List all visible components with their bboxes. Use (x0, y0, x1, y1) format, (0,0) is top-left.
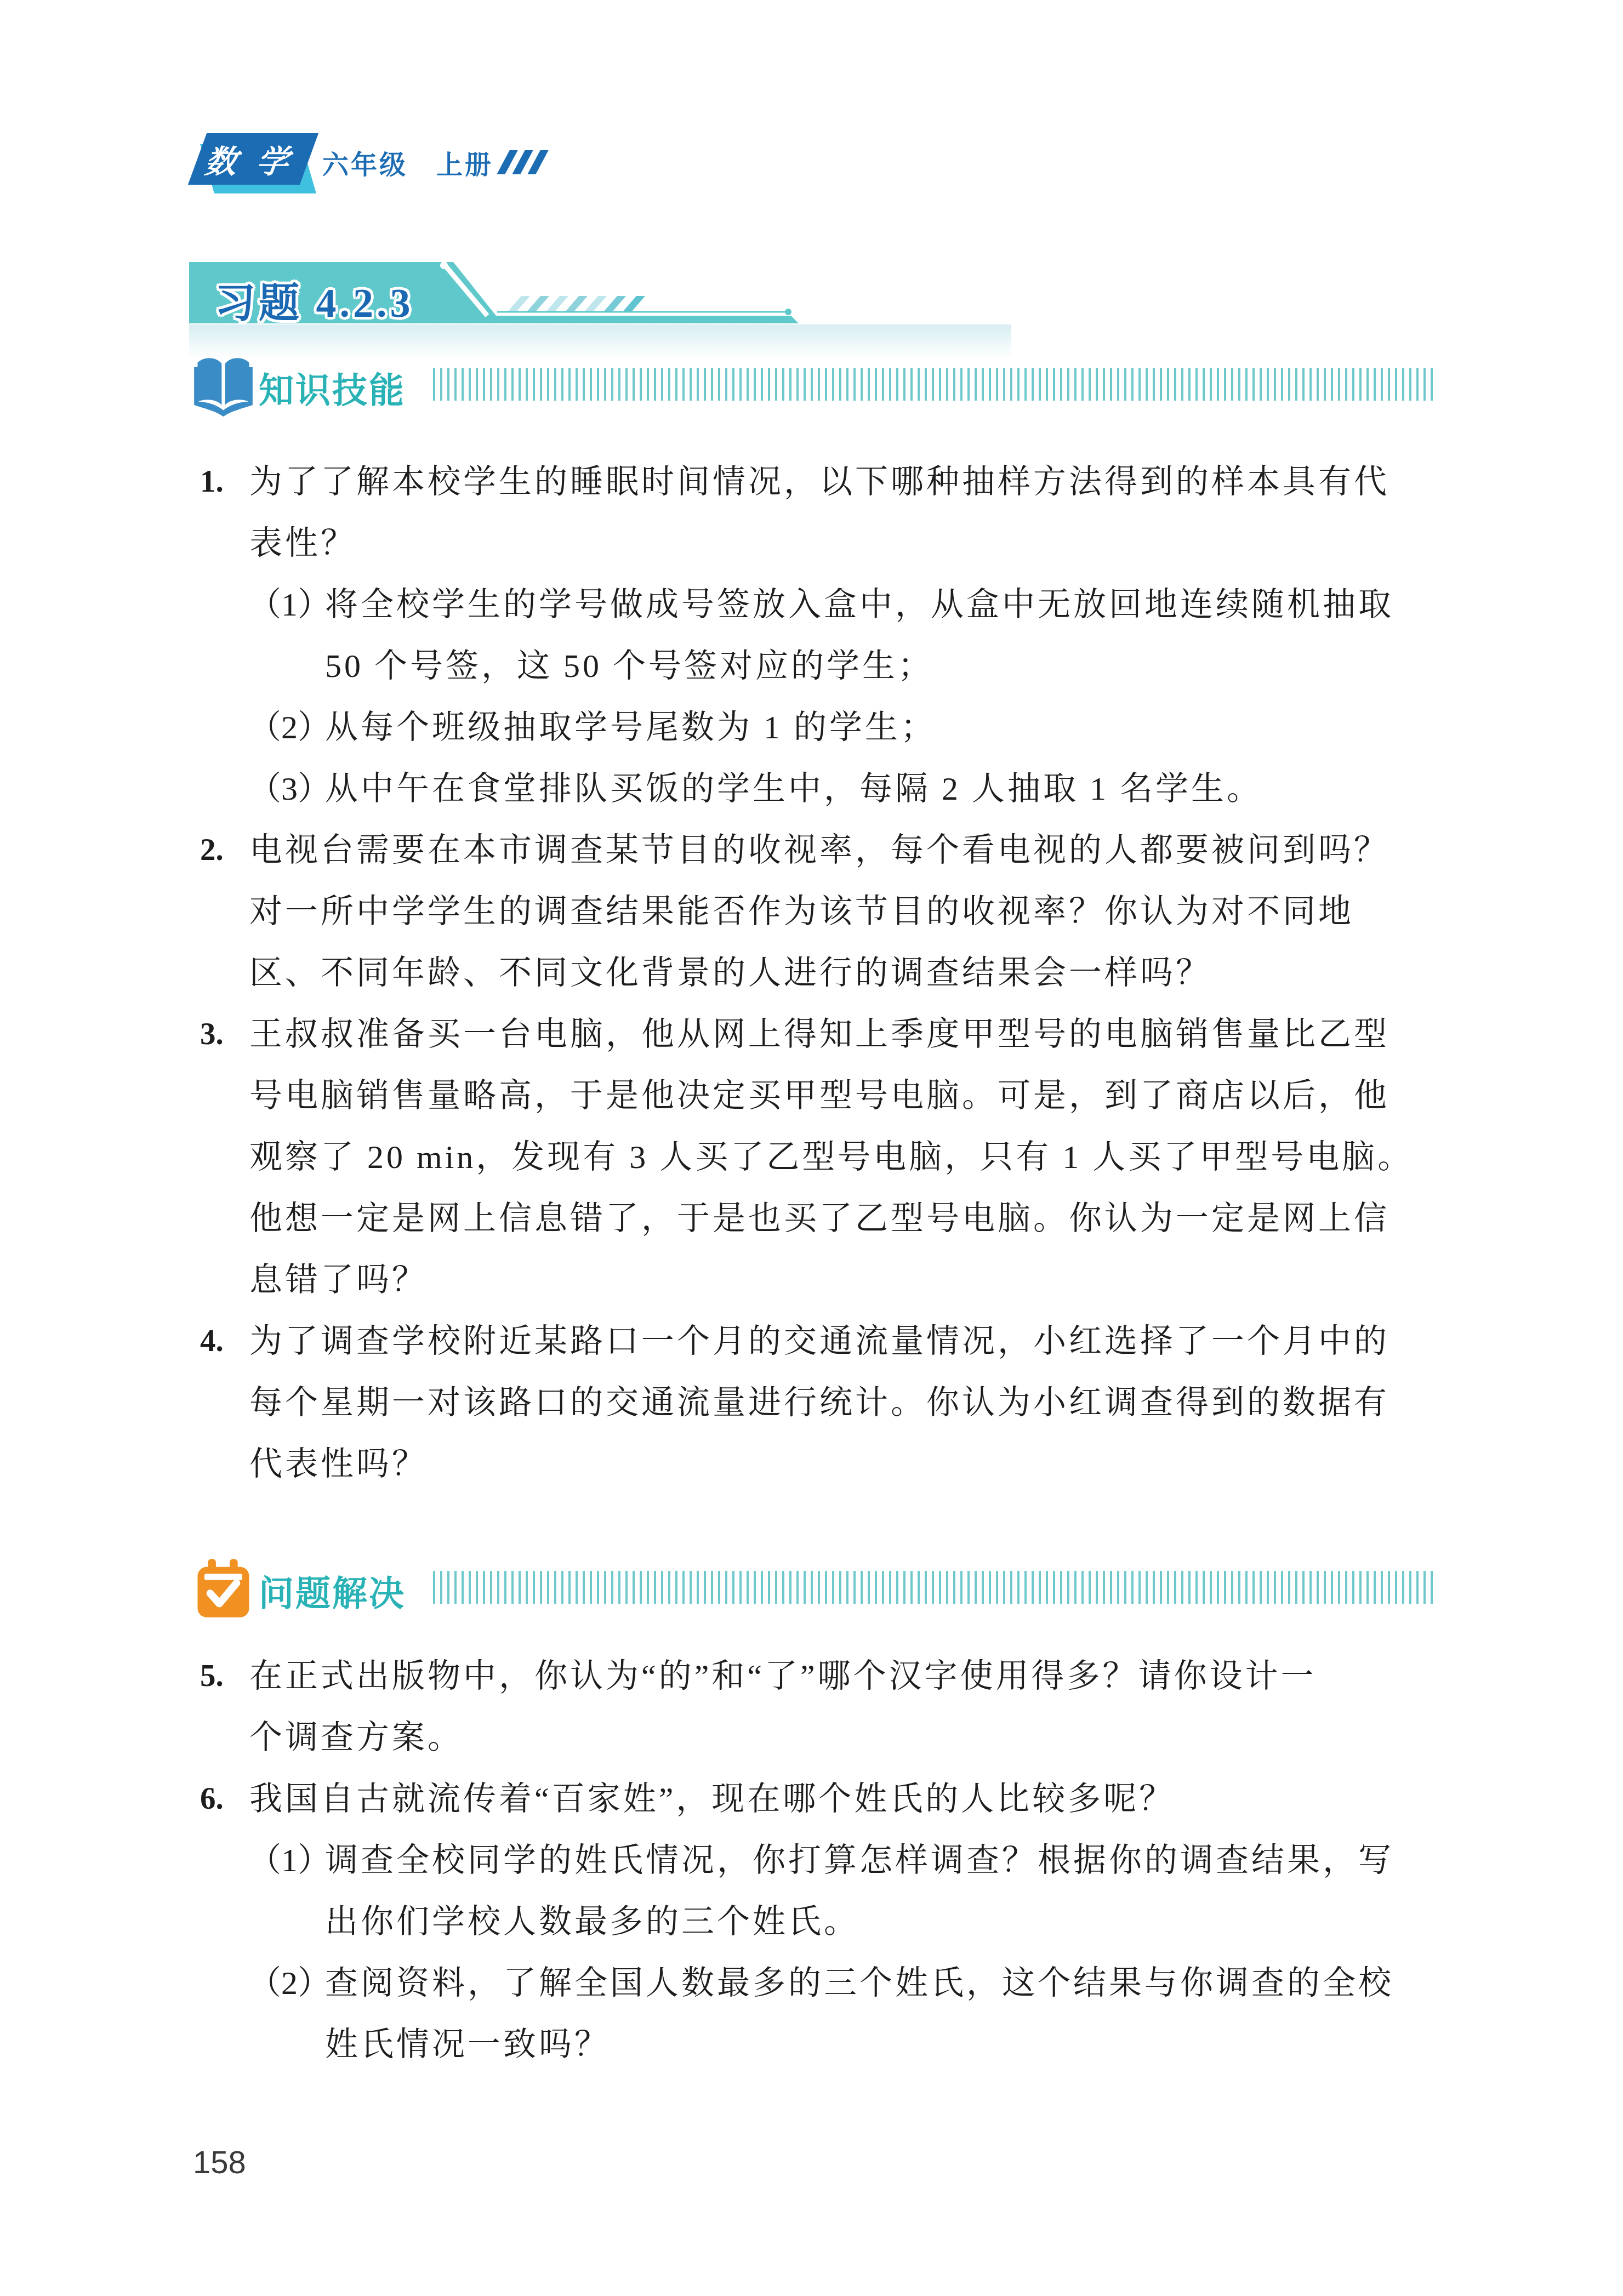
line-text: 为了了解本校学生的睡眠时间情况，以下哪种抽样方法得到的样本具有代 (249, 464, 1389, 500)
text-line: 号电脑销售量略高，于是他决定买甲型号电脑。可是，到了商店以后，他 (200, 1065, 1455, 1126)
exercise-title: 习题 4.2.3 (215, 271, 414, 329)
line-text: 出你们学校人数最多的三个姓氏。 (325, 1904, 859, 1940)
section-title: 问题解决 (259, 1565, 406, 1616)
text-line: （1）将全校学生的学号做成号签放入盒中，从盒中无放回地连续随机抽取 (200, 574, 1455, 635)
item-marker: （2） (248, 1952, 331, 2014)
text-line: 5.在正式出版物中，你认为“的”和“了”哪个汉字使用得多？请你设计一 (200, 1645, 1455, 1707)
logo-parallelogram: 数 学 (188, 133, 318, 185)
logo-text: 数 学 (201, 136, 306, 182)
line-text: 在正式出版物中，你认为“的”和“了”哪个汉字使用得多？请你设计一 (249, 1658, 1317, 1694)
text-line: 息错了吗？ (200, 1249, 1455, 1311)
text-line: （3）从中午在食堂排队买饭的学生中，每隔 2 人抽取 1 名学生。 (200, 758, 1455, 819)
math-logo: 数 学 (193, 133, 319, 199)
item-marker: 6. (200, 1768, 224, 1830)
item-marker: （3） (248, 758, 331, 819)
line-text: 姓氏情况一致吗？ (325, 2026, 610, 2063)
line-text: 从中午在食堂排队买饭的学生中，每隔 2 人抽取 1 名学生。 (325, 771, 1262, 807)
text-line: 观察了 20 min，发现有 3 人买了乙型号电脑，只有 1 人买了甲型号电脑。 (200, 1126, 1455, 1188)
text-line: （2）从每个班级抽取学号尾数为 1 的学生； (200, 697, 1455, 758)
edition-label: 六年级 上册 (322, 144, 493, 181)
text-line: 1.为了了解本校学生的睡眠时间情况，以下哪种抽样方法得到的样本具有代 (200, 451, 1455, 512)
problem-questions: 5.在正式出版物中，你认为“的”和“了”哪个汉字使用得多？请你设计一个调查方案。… (200, 1645, 1455, 2075)
text-line: 姓氏情况一致吗？ (200, 2014, 1455, 2075)
item-marker: 1. (200, 451, 224, 512)
line-text: 50 个号签，这 50 个号签对应的学生； (325, 648, 933, 684)
item-marker: （1） (248, 1830, 331, 1891)
section-title: 知识技能 (259, 362, 406, 413)
banner-stripes-icon (507, 296, 645, 312)
text-line: 每个星期一对该路口的交通流量进行统计。你认为小红调查得到的数据有 (200, 1372, 1455, 1433)
text-line: 6.我国自古就流传着“百家姓”，现在哪个姓氏的人比较多呢？ (200, 1768, 1455, 1830)
text-line: 3.王叔叔准备买一台电脑，他从网上得知上季度甲型号的电脑销售量比乙型 (200, 1004, 1455, 1065)
line-text: 我国自古就流传着“百家姓”，现在哪个姓氏的人比较多呢？ (249, 1781, 1175, 1817)
section-header-knowledge: 知识技能 (192, 354, 1437, 425)
line-text: 电视台需要在本市调查某节目的收视率，每个看电视的人都要被问到吗？ (249, 832, 1389, 868)
line-text: 每个星期一对该路口的交通流量进行统计。你认为小红调查得到的数据有 (249, 1385, 1389, 1421)
line-text: 查阅资料，了解全国人数最多的三个姓氏，这个结果与你调查的全校 (325, 1965, 1394, 2001)
page-number: 158 (193, 2144, 246, 2181)
item-marker: 5. (200, 1645, 224, 1707)
text-line: 出你们学校人数最多的三个姓氏。 (200, 1891, 1455, 1952)
section-header-problem: 问题解决 (192, 1557, 1437, 1628)
line-text: 息错了吗？ (249, 1262, 428, 1298)
item-marker: （1） (248, 574, 331, 635)
line-text: 对一所中学学生的调查结果能否作为该节目的收视率？你认为对不同地 (249, 893, 1354, 930)
text-line: 代表性吗？ (200, 1433, 1455, 1495)
line-text: 为了调查学校附近某路口一个月的交通流量情况，小红选择了一个月中的 (249, 1323, 1389, 1359)
line-text: 号电脑销售量略高，于是他决定买甲型号电脑。可是，到了商店以后，他 (249, 1078, 1389, 1114)
line-text: 表性？ (249, 525, 356, 561)
slashes-icon (503, 150, 542, 174)
item-marker: 2. (200, 819, 224, 881)
text-line: 4.为了调查学校附近某路口一个月的交通流量情况，小红选择了一个月中的 (200, 1311, 1455, 1372)
item-marker: 3. (200, 1004, 224, 1065)
item-marker: 4. (200, 1311, 224, 1372)
text-line: 2.电视台需要在本市调查某节目的收视率，每个看电视的人都要被问到吗？ (200, 819, 1455, 881)
line-text: 代表性吗？ (249, 1446, 428, 1482)
text-line: 他想一定是网上信息错了，于是也买了乙型号电脑。你认为一定是网上信 (200, 1188, 1455, 1249)
line-text: 调查全校同学的姓氏情况，你打算怎样调查？根据你的调查结果，写 (325, 1842, 1394, 1878)
text-line: 对一所中学学生的调查结果能否作为该节目的收视率？你认为对不同地 (200, 881, 1455, 942)
textbook-page: 数 学 六年级 上册 习题 4.2.3 知识技能 1.为了了解本 (0, 0, 1623, 2296)
text-line: （2）查阅资料，了解全国人数最多的三个姓氏，这个结果与你调查的全校 (200, 1952, 1455, 2014)
text-line: （1）调查全校同学的姓氏情况，你打算怎样调查？根据你的调查结果，写 (200, 1830, 1455, 1891)
text-line: 个调查方案。 (200, 1707, 1455, 1768)
line-text: 他想一定是网上信息错了，于是也买了乙型号电脑。你认为一定是网上信 (249, 1200, 1389, 1237)
line-text: 观察了 20 min，发现有 3 人买了乙型号电脑，只有 1 人买了甲型号电脑。 (249, 1139, 1413, 1175)
section-divider-bars (433, 1571, 1437, 1604)
line-text: 从每个班级抽取学号尾数为 1 的学生； (325, 709, 936, 745)
line-text: 王叔叔准备买一台电脑，他从网上得知上季度甲型号的电脑销售量比乙型 (249, 1016, 1389, 1052)
line-text: 个调查方案。 (249, 1719, 463, 1756)
open-book-icon (192, 354, 255, 417)
line-text: 将全校学生的学号做成号签放入盒中，从盒中无放回地连续随机抽取 (325, 586, 1394, 623)
text-line: 50 个号签，这 50 个号签对应的学生； (200, 635, 1455, 697)
calendar-check-icon (192, 1557, 255, 1620)
line-text: 区、不同年龄、不同文化背景的人进行的调查结果会一样吗？ (249, 955, 1211, 991)
text-line: 表性？ (200, 512, 1455, 574)
text-line: 区、不同年龄、不同文化背景的人进行的调查结果会一样吗？ (200, 942, 1455, 1004)
section-divider-bars (433, 368, 1437, 401)
knowledge-questions: 1.为了了解本校学生的睡眠时间情况，以下哪种抽样方法得到的样本具有代表性？（1）… (200, 451, 1455, 1495)
item-marker: （2） (248, 697, 331, 758)
